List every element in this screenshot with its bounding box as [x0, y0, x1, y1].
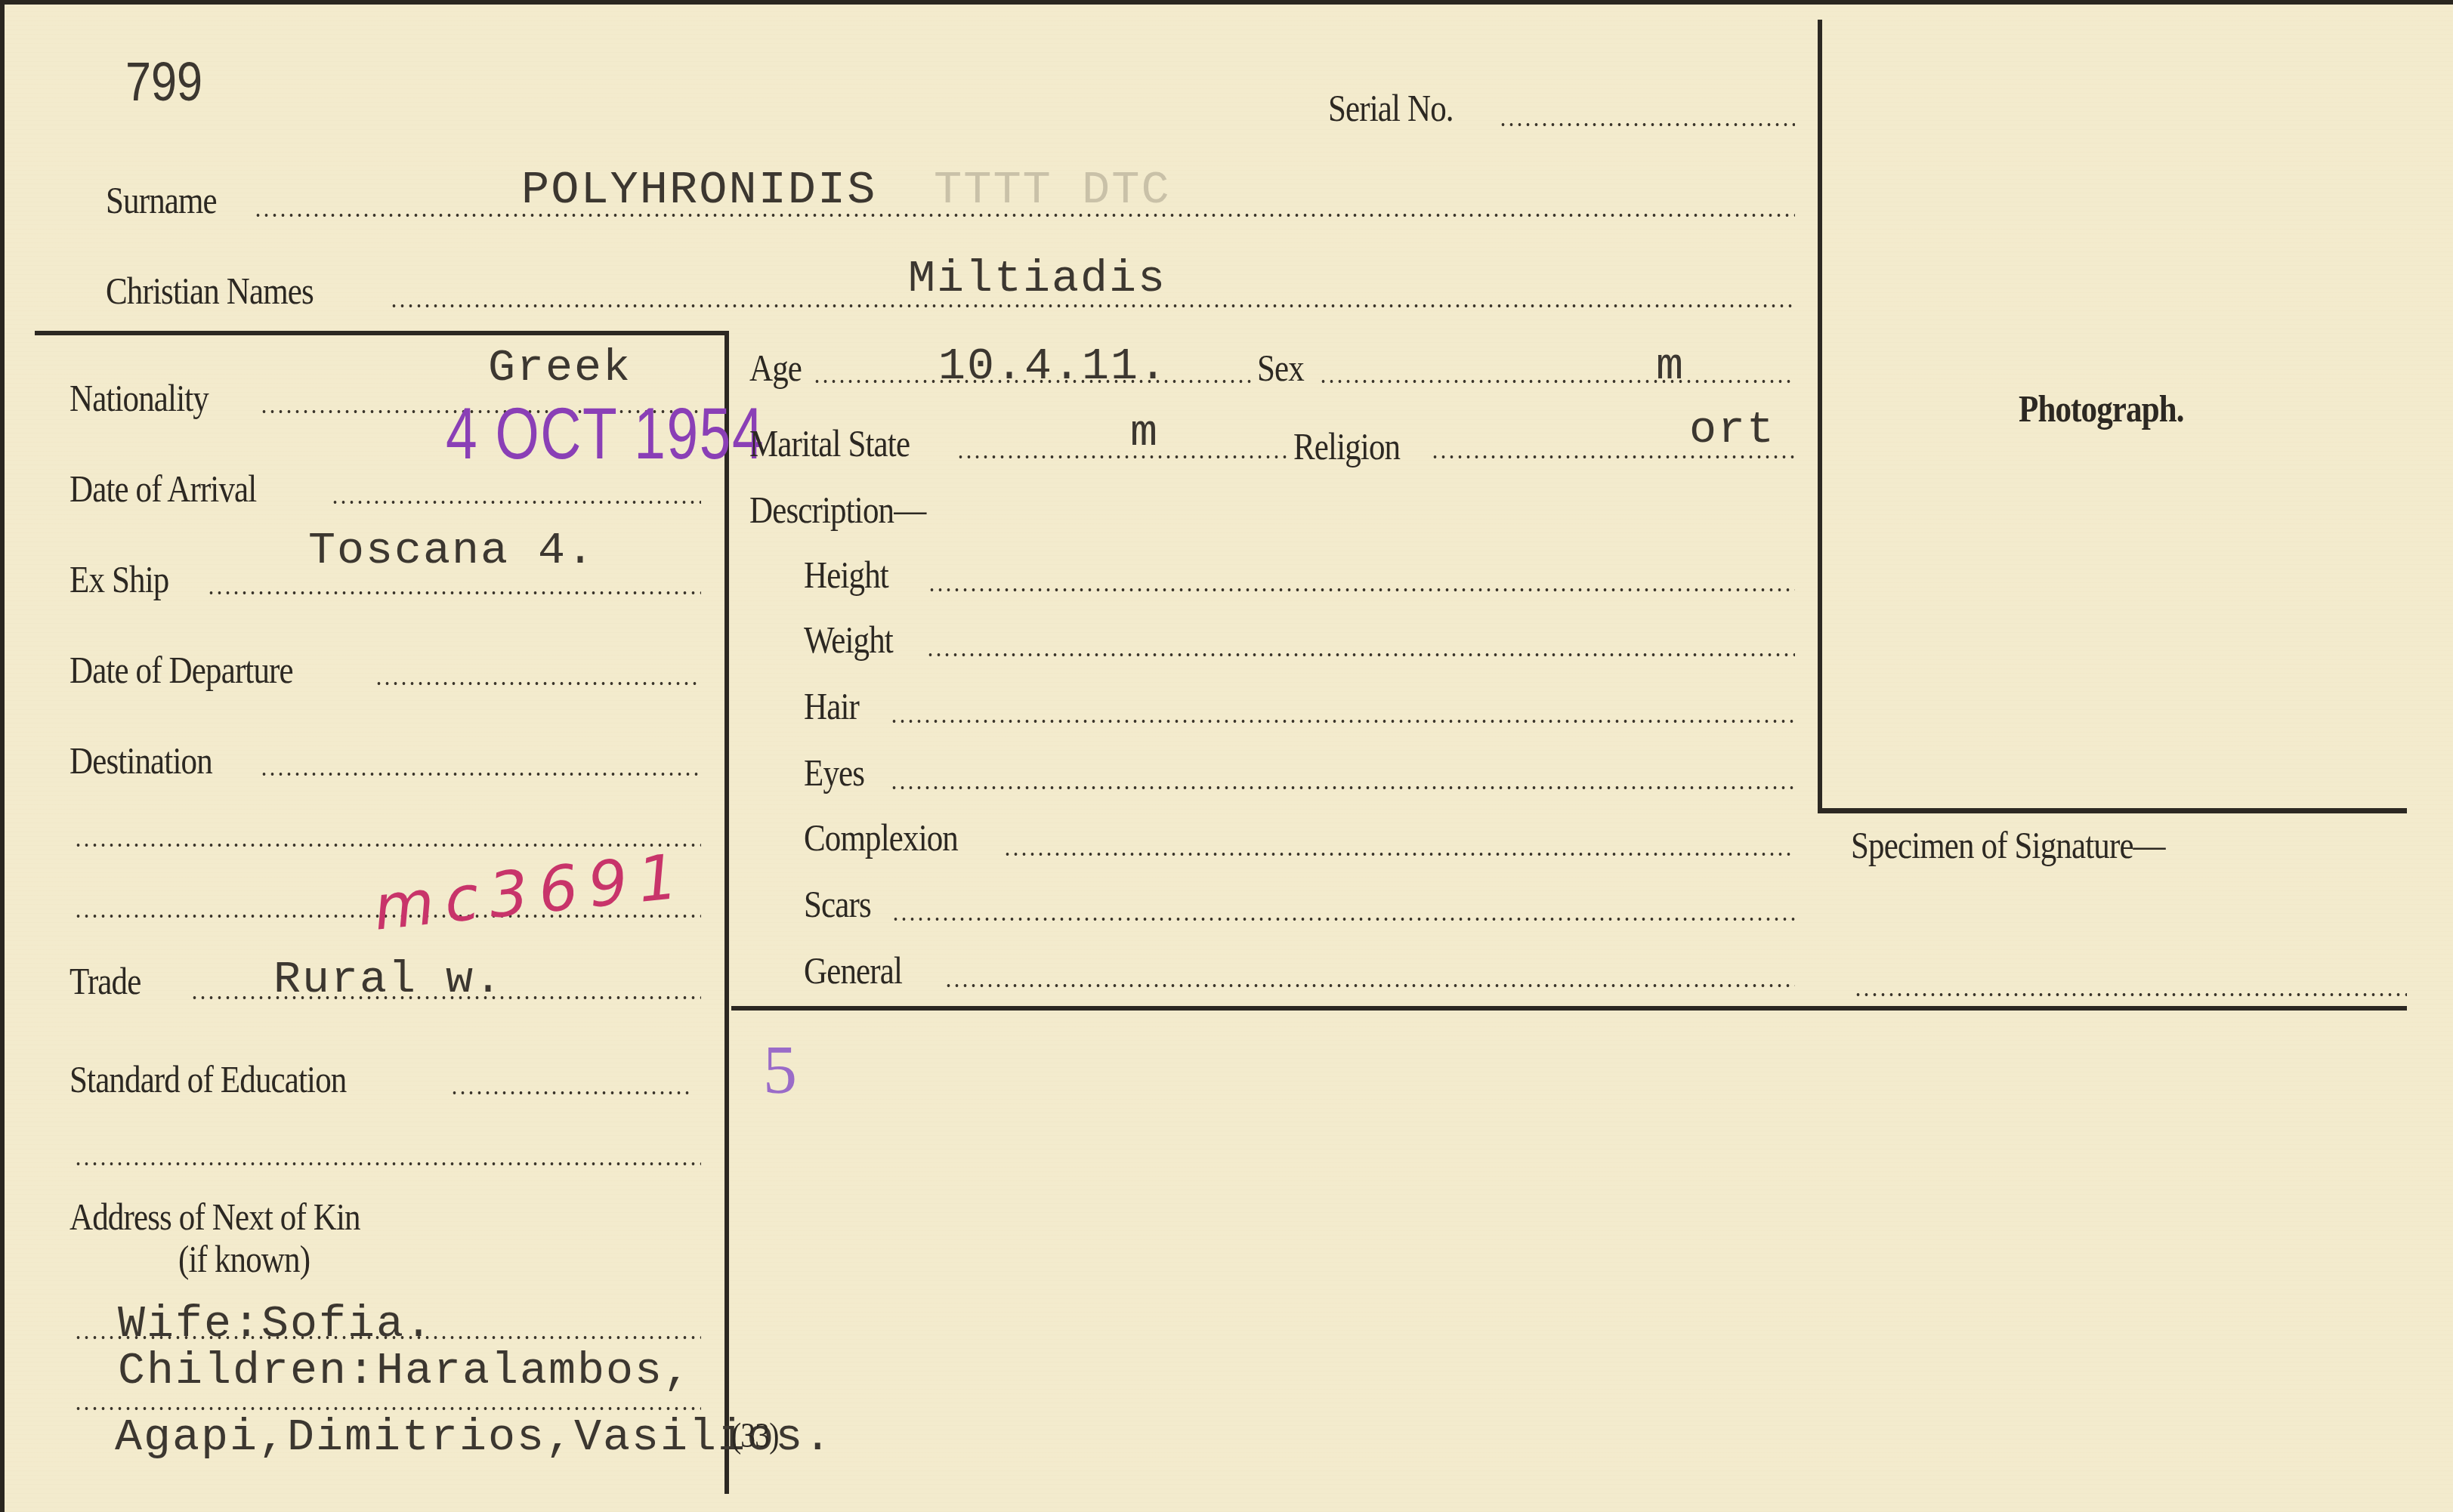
general-label: General [804, 949, 902, 992]
date-of-arrival-label: Date of Arrival [70, 467, 256, 511]
surname-label: Surname [106, 178, 217, 222]
scars-label: Scars [804, 882, 871, 926]
handwritten-reference-note: mc3691 [370, 840, 691, 944]
sex-value: m [1656, 341, 1685, 393]
christian-names-value: Miltiadis [908, 254, 1166, 305]
date-of-departure-field[interactable] [375, 681, 701, 686]
complexion-label: Complexion [804, 816, 958, 859]
pencil-mark: 5 [763, 1032, 797, 1109]
scars-field[interactable] [891, 917, 1795, 921]
photograph-label: Photograph. [2019, 387, 2184, 430]
destination-label: Destination [70, 739, 212, 782]
next-of-kin-label: Address of Next of Kin [70, 1195, 360, 1239]
next-of-kin-line-2[interactable] [74, 1406, 701, 1411]
signature-field[interactable] [1854, 992, 2407, 997]
complexion-field[interactable] [1003, 852, 1795, 856]
marital-state-label: Marital State [749, 421, 910, 465]
left-panel-top-rule [35, 331, 728, 335]
next-of-kin-value-2: Children:Haralambos, [118, 1346, 692, 1397]
surname-value: POLYHRONIDIS [521, 163, 876, 217]
left-panel-divider [724, 331, 729, 1494]
description-label: Description— [749, 488, 925, 532]
hair-label: Hair [804, 684, 859, 728]
eyes-field[interactable] [890, 785, 1795, 790]
eyes-label: Eyes [804, 751, 864, 795]
hair-field[interactable] [890, 719, 1795, 724]
height-label: Height [804, 553, 888, 597]
religion-label: Religion [1293, 424, 1400, 468]
arrival-date-stamp: 4 OCT 1954 [446, 393, 765, 476]
weight-label: Weight [804, 618, 893, 662]
age-label: Age [749, 346, 802, 390]
marital-state-field[interactable] [956, 455, 1289, 459]
weight-field[interactable] [926, 653, 1795, 657]
religion-value: ort [1689, 405, 1775, 456]
nationality-label: Nationality [70, 376, 209, 420]
trade-value: Rural w. [273, 955, 503, 1006]
date-of-arrival-field[interactable] [331, 500, 701, 505]
photo-box-bottom-border [1818, 808, 2407, 813]
standard-of-education-label: Standard of Education [70, 1057, 346, 1101]
form-code: (33) [731, 1415, 778, 1455]
trade-label: Trade [70, 959, 141, 1003]
next-of-kin-value-1: Wife:Sofia. [118, 1299, 434, 1350]
ex-ship-field[interactable] [207, 591, 701, 595]
next-of-kin-sublabel: (if known) [178, 1237, 310, 1281]
ex-ship-value: Toscana 4. [308, 526, 595, 577]
standard-of-education-field[interactable] [450, 1091, 692, 1095]
marital-state-value: m [1130, 408, 1159, 459]
photo-box-left-border [1818, 20, 1822, 813]
destination-extra-line-1[interactable] [74, 843, 701, 847]
ex-ship-label: Ex Ship [70, 557, 168, 601]
general-field[interactable] [944, 983, 1795, 988]
nationality-value: Greek [488, 343, 632, 394]
height-field[interactable] [928, 588, 1795, 592]
destination-field[interactable] [260, 772, 701, 776]
sex-field[interactable] [1319, 379, 1795, 384]
next-of-kin-value-3: Agapi,Dimitrios,Vasilios. [115, 1412, 833, 1464]
description-bottom-rule [731, 1006, 2407, 1011]
signature-label: Specimen of Signature— [1851, 823, 2165, 867]
date-of-departure-label: Date of Departure [70, 648, 293, 692]
age-value: 10.4.11. [938, 341, 1168, 393]
card-number: 799 [125, 51, 202, 113]
serial-no-label: Serial No. [1328, 86, 1454, 130]
sex-label: Sex [1257, 346, 1304, 390]
registration-card: 799 Serial No. Surname POLYHRONIDIS TTTT… [0, 0, 2453, 1512]
serial-no-field[interactable] [1499, 122, 1795, 127]
education-extra-line[interactable] [74, 1162, 701, 1166]
surname-faint-overstrike: TTTT DTC [934, 163, 1171, 217]
christian-names-label: Christian Names [106, 269, 314, 313]
